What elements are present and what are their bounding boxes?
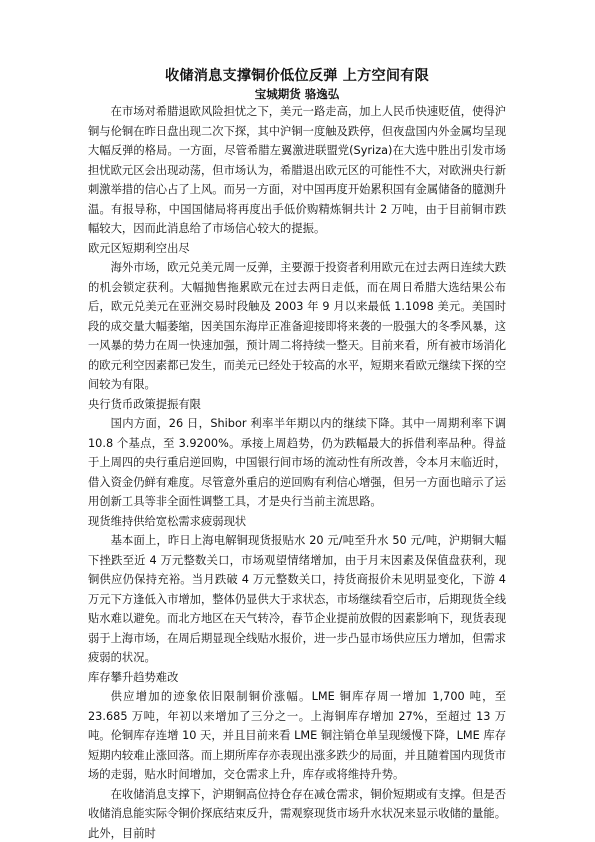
paragraph-inventory: 供应增加的迹象依旧限制铜价涨幅。LME 铜库存周一增加 1,700 吨，至 23… <box>88 687 506 785</box>
document-author: 宝城期货 骆逸弘 <box>88 86 506 102</box>
document-page: 收储消息支撑铜价低位反弹 上方空间有限 宝城期货 骆逸弘 在市场对希腊退欧风险担… <box>88 66 506 842</box>
paragraph-conclusion: 在收储消息支撑下，沪期铜高位持仓存在减仓需求，铜价短期或有支撑。但是否收储消息能… <box>88 785 506 842</box>
paragraph-spot: 基本面上，昨日上海电解铜现货报贴水 20 元/吨至升水 50 元/吨，沪期铜大幅… <box>88 531 506 668</box>
paragraph-intro: 在市场对希腊退欧风险担忧之下，美元一路走高，加上人民币快速贬值，使得沪铜与伦铜在… <box>88 102 506 239</box>
paragraph-euro: 海外市场，欧元兑美元周一反弹，主要源于投资者利用欧元在过去两日连续大跌的机会锁定… <box>88 258 506 395</box>
section-heading-inventory: 库存攀升趋势难改 <box>88 668 506 688</box>
section-heading-spot: 现货维持供给宽松需求疲弱现状 <box>88 512 506 532</box>
document-title: 收储消息支撑铜价低位反弹 上方空间有限 <box>88 66 506 86</box>
section-heading-euro: 欧元区短期利空出尽 <box>88 239 506 259</box>
section-heading-central-bank: 央行货币政策提振有限 <box>88 395 506 415</box>
document-body: 在市场对希腊退欧风险担忧之下，美元一路走高，加上人民币快速贬值，使得沪铜与伦铜在… <box>88 102 506 842</box>
paragraph-central-bank: 国内方面，26 日，Shibor 利率半年期以内的继续下降。其中一周期利率下调 … <box>88 414 506 512</box>
